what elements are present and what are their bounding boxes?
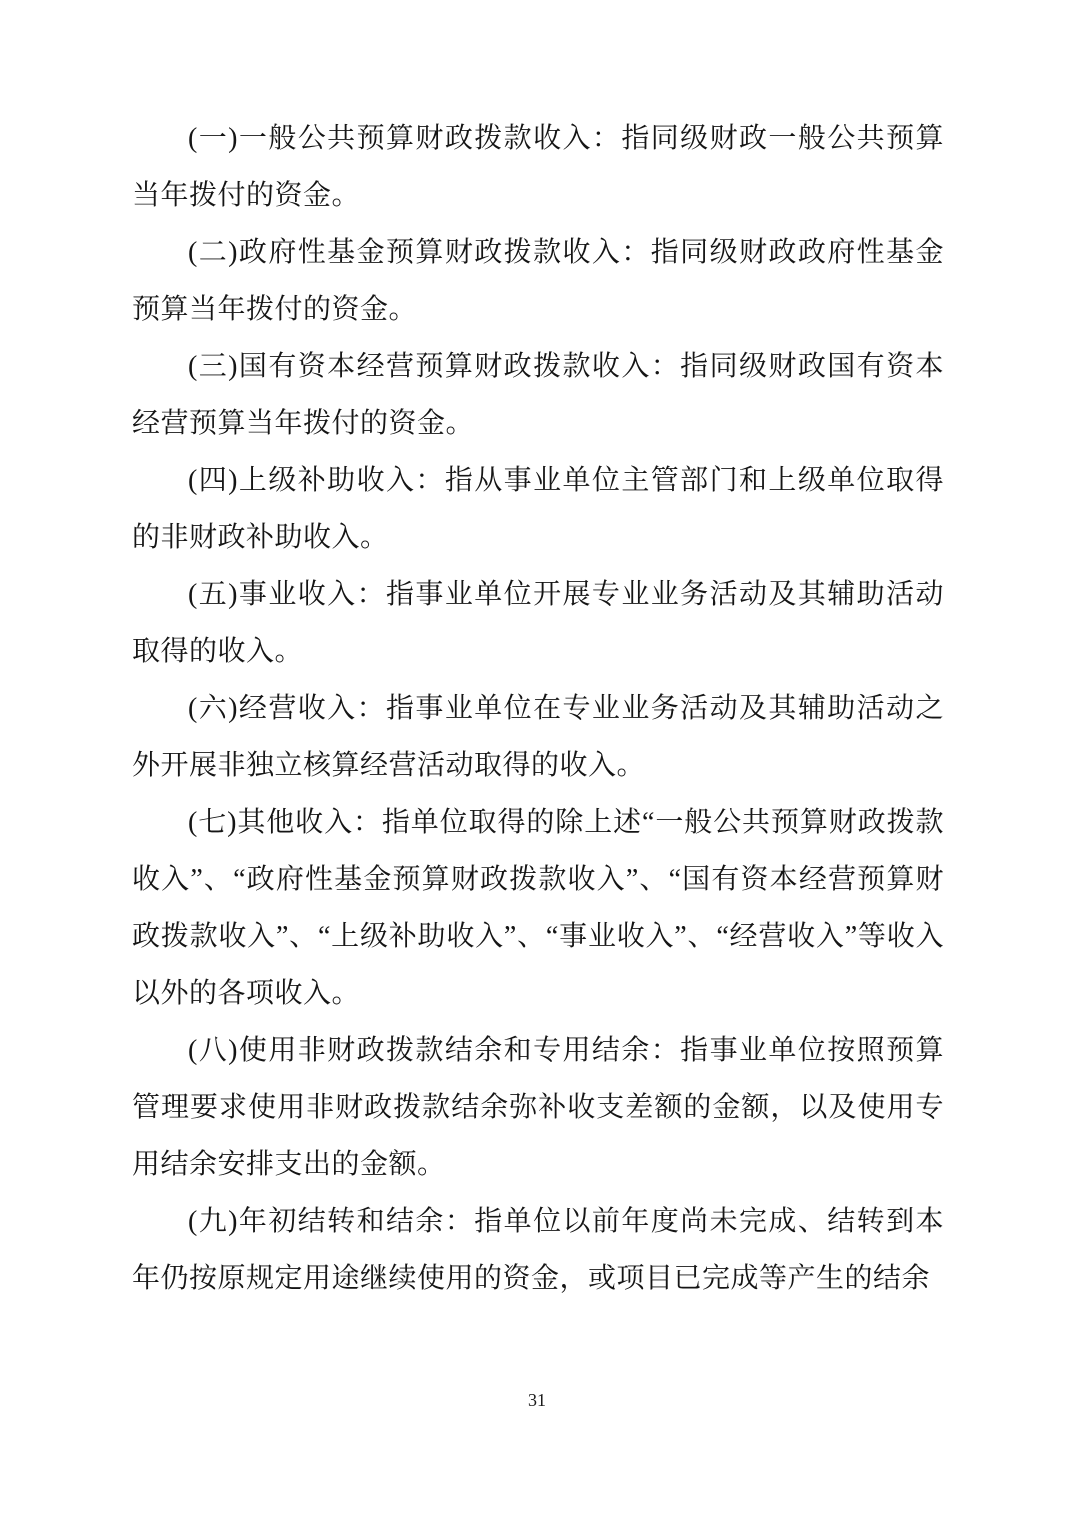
paragraph-nonfiscal-surplus-usage: (八)使用非财政拨款结余和专用结余：指事业单位按照预算管理要求使用非财政拨款结余…	[132, 1022, 944, 1193]
paragraph-income-operating: (六)经营收入：指事业单位在专业业务活动及其辅助活动之外开展非独立核算经营活动取…	[132, 680, 944, 794]
paragraph-income-general-public-budget: (一)一般公共预算财政拨款收入：指同级财政一般公共预算当年拨付的资金。	[132, 110, 944, 224]
page-body-text: (一)一般公共预算财政拨款收入：指同级财政一般公共预算当年拨付的资金。 (二)政…	[132, 110, 944, 1307]
page-number: 31	[0, 1388, 1074, 1412]
paragraph-income-superior-subsidy: (四)上级补助收入：指从事业单位主管部门和上级单位取得的非财政补助收入。	[132, 452, 944, 566]
paragraph-income-government-fund-budget: (二)政府性基金预算财政拨款收入：指同级财政政府性基金预算当年拨付的资金。	[132, 224, 944, 338]
paragraph-income-state-capital-budget: (三)国有资本经营预算财政拨款收入：指同级财政国有资本经营预算当年拨付的资金。	[132, 338, 944, 452]
paragraph-income-institutional: (五)事业收入：指事业单位开展专业业务活动及其辅助活动取得的收入。	[132, 566, 944, 680]
paragraph-year-begin-carryover: (九)年初结转和结余：指单位以前年度尚未完成、结转到本年仍按原规定用途继续使用的…	[132, 1193, 944, 1307]
paragraph-income-other: (七)其他收入：指单位取得的除上述“一般公共预算财政拨款收入”、“政府性基金预算…	[132, 794, 944, 1022]
document-page: (一)一般公共预算财政拨款收入：指同级财政一般公共预算当年拨付的资金。 (二)政…	[0, 0, 1074, 1520]
